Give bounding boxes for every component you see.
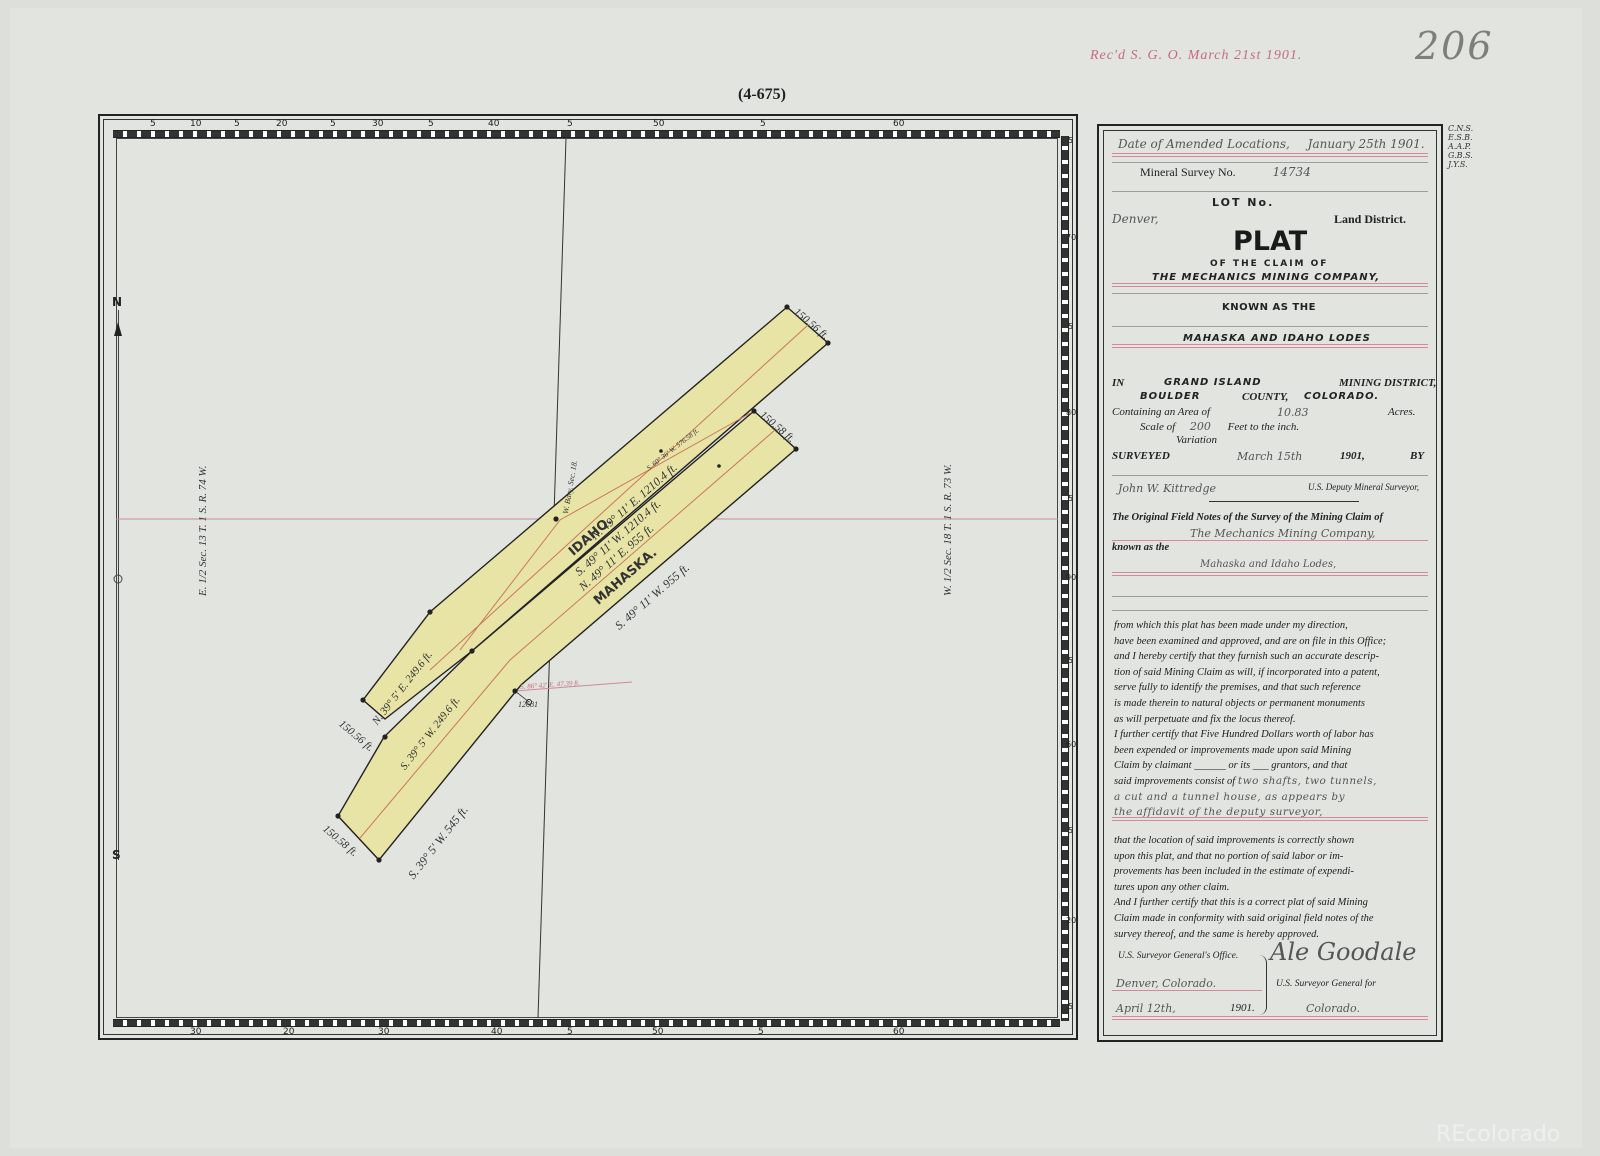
corner-icon: [512, 688, 517, 693]
approval-year: 1901.: [1230, 1002, 1255, 1014]
surveyed-date: March 15th: [1237, 450, 1302, 463]
corner-icon: [825, 340, 830, 345]
approval-date: April 12th,: [1116, 1002, 1176, 1015]
amended-locations: Date of Amended Locations, January 25th …: [1118, 137, 1434, 151]
watermark-logo: REcolorado: [1436, 1122, 1560, 1147]
claimant-name: THE MECHANICS MINING COMPANY,: [1152, 272, 1468, 283]
scale-value: 200: [1190, 420, 1211, 433]
surveyed-label: SURVEYED: [1112, 450, 1170, 462]
east-section-label: W. 1/2 Sec. 18 T. 1 S. R. 73 W.: [942, 464, 954, 596]
corner-icon: [376, 857, 381, 862]
county-label: COUNTY,: [1242, 391, 1288, 403]
cert-line: from which this plat has been made under…: [1114, 618, 1430, 634]
benchmark-label: 12681: [518, 700, 538, 709]
cert-line: And I further certify that this is a cor…: [1114, 895, 1430, 911]
clerk-initials: C.N.S. E.S.B. A.A.P. G.B.S. J.Y.S.: [1448, 124, 1473, 169]
surveyed-year: 1901,: [1340, 450, 1365, 462]
mining-district-row: IN GRAND ISLAND MINING DISTRICT,: [1112, 377, 1428, 389]
corner-icon: [793, 446, 798, 451]
lot-number-label: LOT No.: [1212, 196, 1528, 209]
north-arrow-icon: [114, 322, 122, 336]
area-unit: Acres.: [1388, 406, 1415, 418]
initial: A.A.P.: [1448, 142, 1473, 151]
surveyor-general-title: U.S. Surveyor General for: [1276, 979, 1592, 989]
certification-text-1: from which this plat has been made under…: [1114, 618, 1430, 821]
surveyor-title: U.S. Deputy Mineral Surveyor,: [1308, 482, 1419, 492]
meridian-marker-icon: [114, 575, 122, 583]
cert-line: is made therein to natural objects or pe…: [1114, 696, 1430, 712]
cert-line: Claim made in conformity with said origi…: [1114, 911, 1430, 927]
cert-line: been expended or improvements made upon …: [1114, 743, 1430, 759]
cert-line: tures upon any other claim.: [1114, 880, 1430, 896]
known-as-the: KNOWN AS THE: [1222, 302, 1538, 313]
land-district: Denver, Land District.: [1112, 212, 1428, 227]
county-value: BOULDER: [1140, 391, 1200, 402]
amended-locations-label: Date of Amended Locations,: [1118, 137, 1290, 151]
mineral-survey-number: 14734: [1273, 165, 1311, 179]
mineral-survey: Mineral Survey No. 14734: [1140, 165, 1456, 180]
variation-label: Variation: [1176, 434, 1492, 446]
surveyed-row: SURVEYED March 15th 1901, BY: [1112, 450, 1428, 462]
land-district-label: Land District.: [1334, 212, 1406, 227]
cert-line: tion of said Mining Claim as will, if in…: [1114, 665, 1430, 681]
field-notes-lodes: Mahaska and Idaho Lodes,: [1200, 559, 1516, 570]
cert-line: upon this plat, and that no portion of s…: [1114, 849, 1430, 865]
land-district-value: Denver,: [1112, 212, 1159, 226]
section-corner-icon: [553, 516, 558, 521]
scale-label: Scale of: [1140, 421, 1175, 433]
by-label: BY: [1410, 450, 1424, 462]
mining-district-value: GRAND ISLAND: [1164, 377, 1262, 388]
certification-text-2: that the location of said improvements i…: [1114, 833, 1430, 942]
improvements-text: a cut and a tunnel house, as appears by: [1114, 790, 1430, 806]
cert-line: and I hereby certify that they furnish s…: [1114, 649, 1430, 665]
corner-icon: [360, 697, 365, 702]
area-label: Containing an Area of: [1112, 406, 1210, 418]
cert-line: provements has been included in the esti…: [1114, 864, 1430, 880]
mining-district-label: MINING DISTRICT,: [1339, 377, 1436, 389]
surveyor-name: John W. Kittredge: [1118, 482, 1216, 495]
scale-row: Scale of 200 Feet to the inch.: [1140, 420, 1456, 433]
cert-line: said improvements consist of: [1114, 776, 1235, 787]
corner-icon: [335, 813, 340, 818]
amended-locations-date: January 25th 1901.: [1308, 137, 1425, 151]
surveyor-row: John W. Kittredge U.S. Deputy Mineral Su…: [1112, 482, 1428, 495]
surveyor-general-signature: Ale Goodale: [1270, 938, 1416, 966]
cert-line: that the location of said improvements i…: [1114, 833, 1430, 849]
of-the-claim-of: OF THE CLAIM OF: [1210, 259, 1526, 269]
corner-icon: [751, 408, 756, 413]
corner-icon: [784, 304, 789, 309]
state-value: COLORADO.: [1304, 391, 1379, 402]
area-value: 10.83: [1277, 406, 1309, 419]
field-notes-claimant: The Mechanics Mining Company,: [1190, 527, 1506, 540]
west-section-label: E. 1/2 Sec. 13 T. 1 S. R. 74 W.: [197, 466, 209, 596]
approval-row: April 12th, 1901. Colorado.: [1112, 1002, 1428, 1015]
initial: E.S.B.: [1448, 133, 1473, 142]
in-label: IN: [1112, 377, 1124, 389]
area-row: Containing an Area of 10.83 Acres.: [1112, 406, 1428, 418]
surveyor-general-state: Colorado.: [1306, 1002, 1360, 1015]
known-as-label: known as the: [1112, 542, 1428, 553]
lodes-name: MAHASKA AND IDAHO LODES: [1183, 333, 1499, 344]
cert-line: have been examined and approved, and are…: [1114, 634, 1430, 650]
cert-line: I further certify that Five Hundred Doll…: [1114, 727, 1430, 743]
plat-title: PLAT: [1233, 226, 1307, 257]
improvements-text: the affidavit of the deputy surveyor,: [1114, 805, 1430, 821]
corner-icon: [382, 734, 387, 739]
shaft-icon: [717, 464, 721, 468]
scale-unit: Feet to the inch.: [1228, 421, 1299, 433]
corner-icon: [469, 648, 474, 653]
divider: [1209, 501, 1359, 502]
mineral-survey-label: Mineral Survey No.: [1140, 165, 1236, 179]
field-notes-intro: The Original Field Notes of the Survey o…: [1112, 512, 1428, 523]
cert-line: Claim by claimant ______ or its ___ gran…: [1114, 758, 1430, 774]
improvements-text: two shafts, two tunnels,: [1238, 775, 1377, 787]
initial: G.B.S.: [1448, 151, 1473, 160]
cert-line: as will perpetuate and fix the locus the…: [1114, 712, 1430, 728]
corner-icon: [427, 609, 432, 614]
scanned-sheet: Rec'd S. G. O. March 21st 1901. 206 (4-6…: [0, 0, 1600, 1156]
initial: C.N.S.: [1448, 124, 1473, 133]
cert-line: serve fully to identify the premises, an…: [1114, 680, 1430, 696]
